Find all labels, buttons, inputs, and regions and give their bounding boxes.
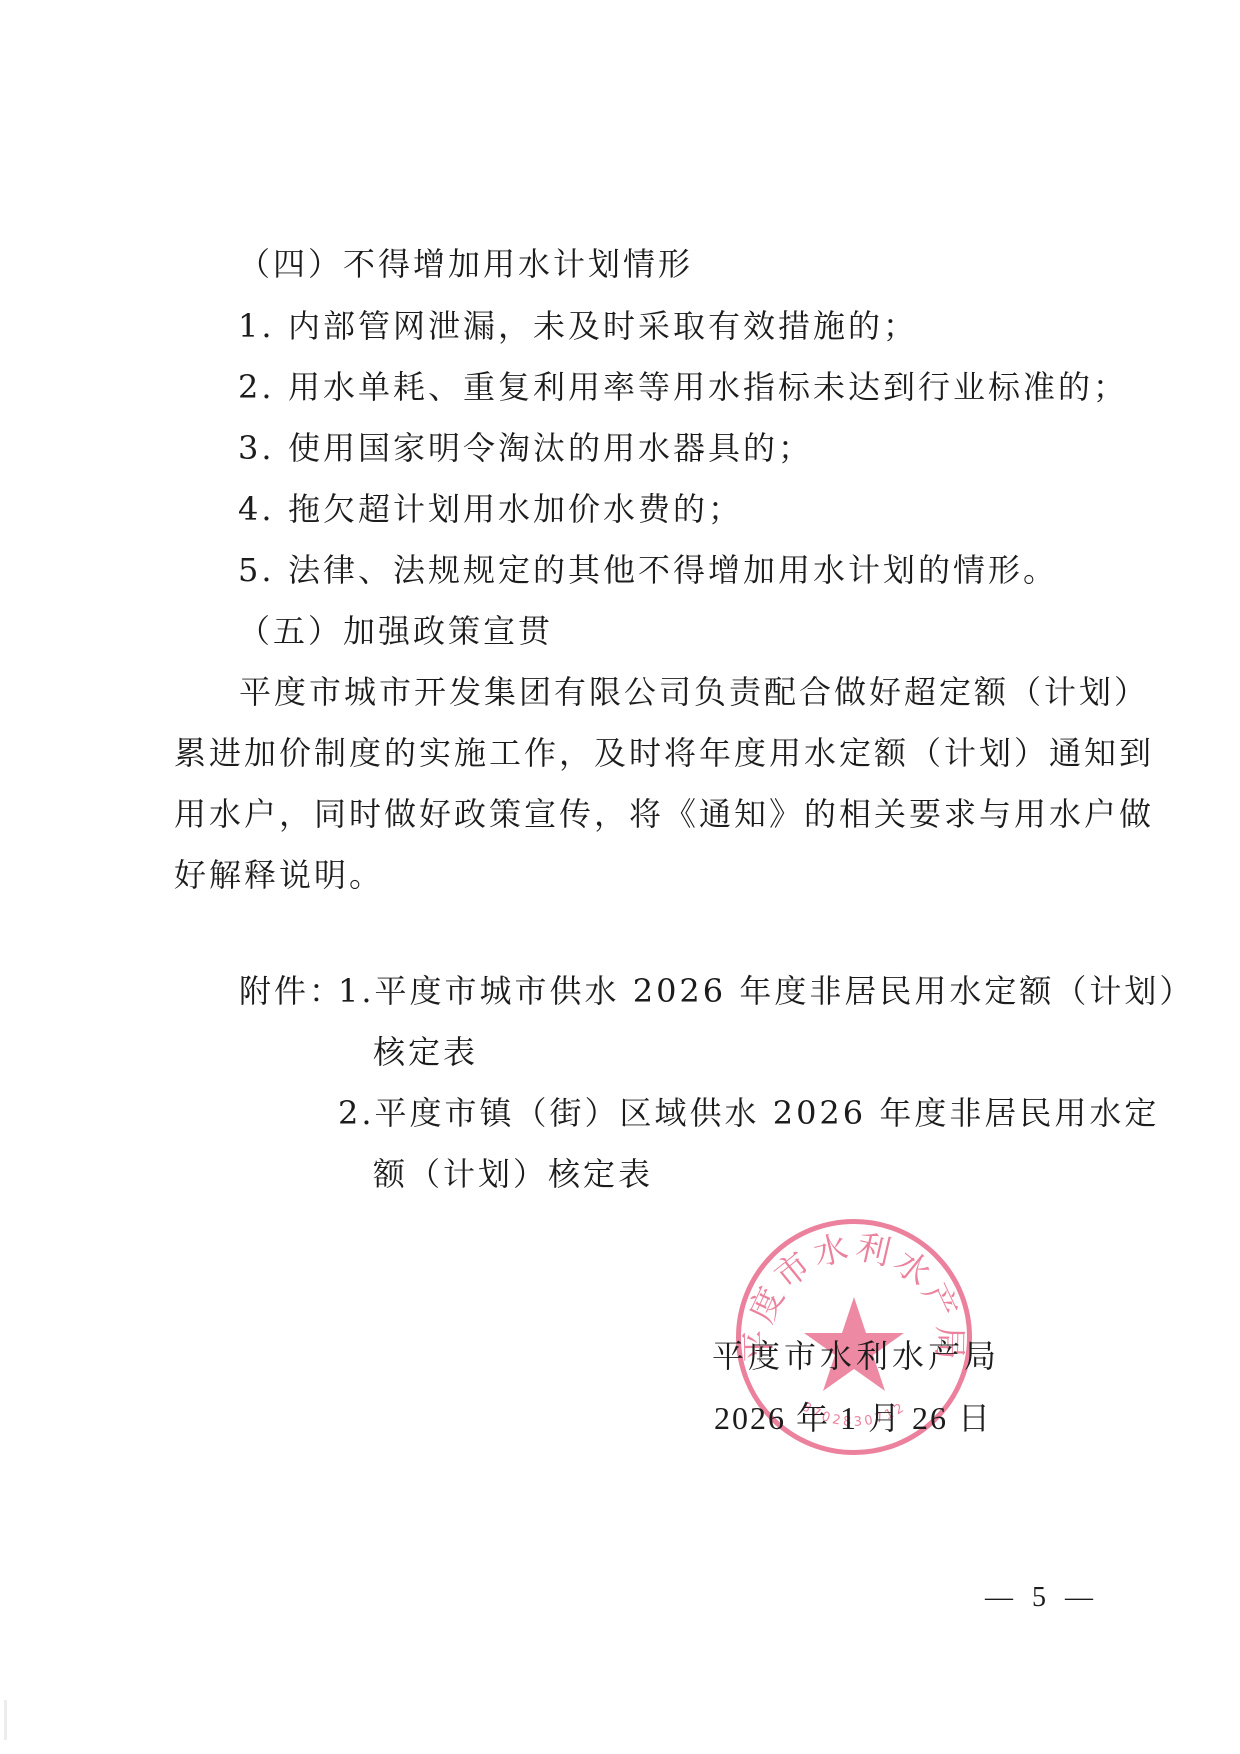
issuing-organization: 平度市水利水产局 <box>712 1336 1000 1376</box>
list-item: 4.拖欠超计划用水加价水费的； <box>238 489 743 529</box>
attachment-item-2-line2: 额（计划）核定表 <box>373 1154 653 1194</box>
list-item-number: 1. <box>238 306 288 346</box>
paragraph-line: 平度市城市开发集团有限公司负责配合做好超定额（计划） <box>239 672 1095 712</box>
list-item-text: 拖欠超计划用水加价水费的； <box>288 490 743 528</box>
list-item: 2.用水单耗、重复利用率等用水指标未达到行业标准的； <box>238 367 1128 407</box>
list-item-number: 4. <box>238 489 288 529</box>
list-item-text: 内部管网泄漏，未及时采取有效措施的； <box>288 307 918 345</box>
attachments-label: 附件： <box>239 971 344 1011</box>
paragraph-line: 累进加价制度的实施工作，及时将年度用水定额（计划）通知到 <box>174 733 1095 773</box>
attachment-item-1-line1: 1.平度市城市供水 2026 年度非居民用水定额（计划） <box>338 971 1095 1011</box>
list-item: 1.内部管网泄漏，未及时采取有效措施的； <box>238 306 918 346</box>
issue-date: 2026 年 1 月 26 日 <box>714 1398 992 1438</box>
list-item-text: 用水单耗、重复利用率等用水指标未达到行业标准的； <box>288 368 1128 406</box>
section-5-heading: （五）加强政策宣贯 <box>238 611 553 651</box>
scan-artifact <box>4 1700 7 1740</box>
attachment-item-1-line2: 核定表 <box>373 1032 478 1072</box>
paragraph-line: 用水户，同时做好政策宣传，将《通知》的相关要求与用水户做 <box>174 794 1095 834</box>
list-item-text: 使用国家明令淘汰的用水器具的； <box>288 429 813 467</box>
section-4-heading: （四）不得增加用水计划情形 <box>238 244 693 284</box>
list-item: 3.使用国家明令淘汰的用水器具的； <box>238 428 813 468</box>
paragraph-line: 好解释说明。 <box>174 855 384 895</box>
attachment-item-2-line1: 2.平度市镇（街）区域供水 2026 年度非居民用水定 <box>338 1093 1095 1133</box>
list-item-number: 5. <box>238 550 288 590</box>
list-item: 5.法律、法规规定的其他不得增加用水计划的情形。 <box>238 550 1058 590</box>
page-number: — 5 — <box>985 1580 1099 1616</box>
list-item-number: 2. <box>238 367 288 407</box>
list-item-number: 3. <box>238 428 288 468</box>
list-item-text: 法律、法规规定的其他不得增加用水计划的情形。 <box>288 551 1058 589</box>
